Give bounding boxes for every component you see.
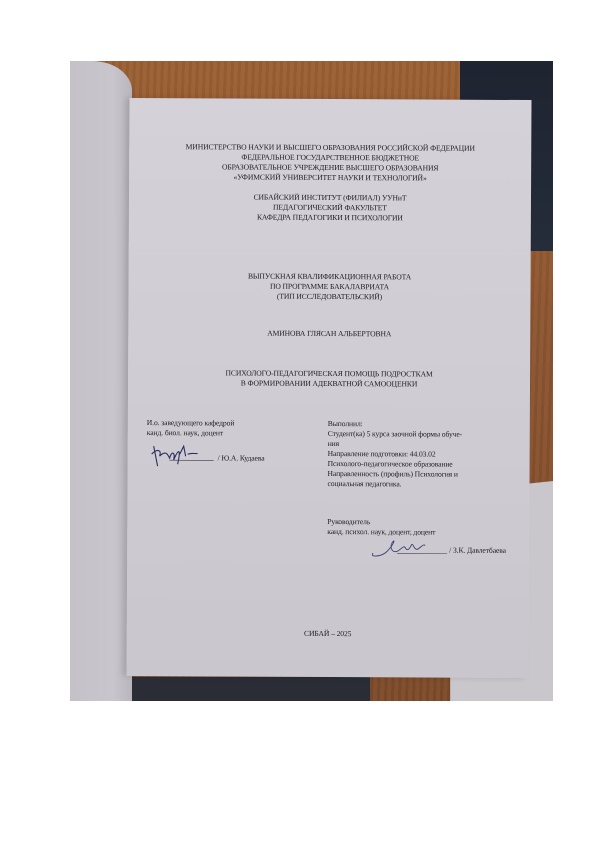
performed-by-line: ния bbox=[328, 439, 462, 450]
performed-by-line: Психолого-педагогическое образование bbox=[328, 459, 462, 470]
author-name: АМИНОВА ГЛЯСАН АЛЬБЕРТОВНА bbox=[128, 328, 530, 340]
title-page: МИНИСТЕРСТВО НАУКИ И ВЫСШЕГО ОБРАЗОВАНИЯ… bbox=[126, 98, 531, 678]
work-type-line: (ТИП ИССЛЕДОВАТЕЛЬСКИЙ) bbox=[128, 291, 530, 303]
hod-signature bbox=[148, 440, 216, 470]
hod-name: / Ю.А. Кудаева bbox=[218, 453, 265, 463]
dark-strip bbox=[110, 677, 370, 701]
header-line: «УФИМСКИЙ УНИВЕРСИТЕТ НАУКИ И ТЕХНОЛОГИЙ… bbox=[129, 172, 531, 184]
performed-by-label: Выполнил: bbox=[328, 419, 462, 430]
supervisor-label: Руководитель bbox=[327, 517, 435, 528]
title-line: В ФОРМИРОВАНИИ АДЕКВАТНОЙ САМООЦЕНКИ bbox=[128, 378, 530, 390]
performed-by-line: Студент(ка) 5 курса заочной формы обуче- bbox=[328, 429, 462, 440]
head-of-department: И.о. заведующего кафедрой канд. биол. на… bbox=[147, 418, 235, 438]
supervisor-name: / З.К. Давлетбаева bbox=[449, 546, 506, 556]
performed-by-line: социальная педагогика. bbox=[327, 479, 461, 490]
supervisor-signature bbox=[367, 535, 449, 561]
city-year: СИБАЙ – 2025 bbox=[127, 628, 529, 640]
performed-by-block: Выполнил: Студент(ка) 5 курса заочной фо… bbox=[327, 419, 462, 490]
institute-line: КАФЕДРА ПЕДАГОГИКИ И ПСИХОЛОГИИ bbox=[129, 212, 531, 224]
thesis-title: ПСИХОЛОГО-ПЕДАГОГИЧЕСКАЯ ПОМОЩЬ ПОДРОСТК… bbox=[128, 368, 530, 390]
ministry-header: МИНИСТЕРСТВО НАУКИ И ВЫСШЕГО ОБРАЗОВАНИЯ… bbox=[129, 142, 531, 184]
hod-role: И.о. заведующего кафедрой bbox=[147, 418, 235, 428]
institute-block: СИБАЙСКИЙ ИНСТИТУТ (ФИЛИАЛ) УУНиТ ПЕДАГО… bbox=[129, 192, 531, 224]
folded-cover-page bbox=[70, 61, 132, 701]
performed-by-line: Направленность (профиль) Психология и bbox=[328, 469, 462, 480]
work-type-block: ВЫПУСКНАЯ КВАЛИФИКАЦИОННАЯ РАБОТА ПО ПРО… bbox=[128, 271, 530, 303]
performed-by-line: Направление подготовки: 44.03.02 bbox=[328, 449, 462, 460]
hod-degree: канд. биол. наук, доцент bbox=[147, 428, 235, 438]
document-photo: МИНИСТЕРСТВО НАУКИ И ВЫСШЕГО ОБРАЗОВАНИЯ… bbox=[70, 61, 553, 701]
